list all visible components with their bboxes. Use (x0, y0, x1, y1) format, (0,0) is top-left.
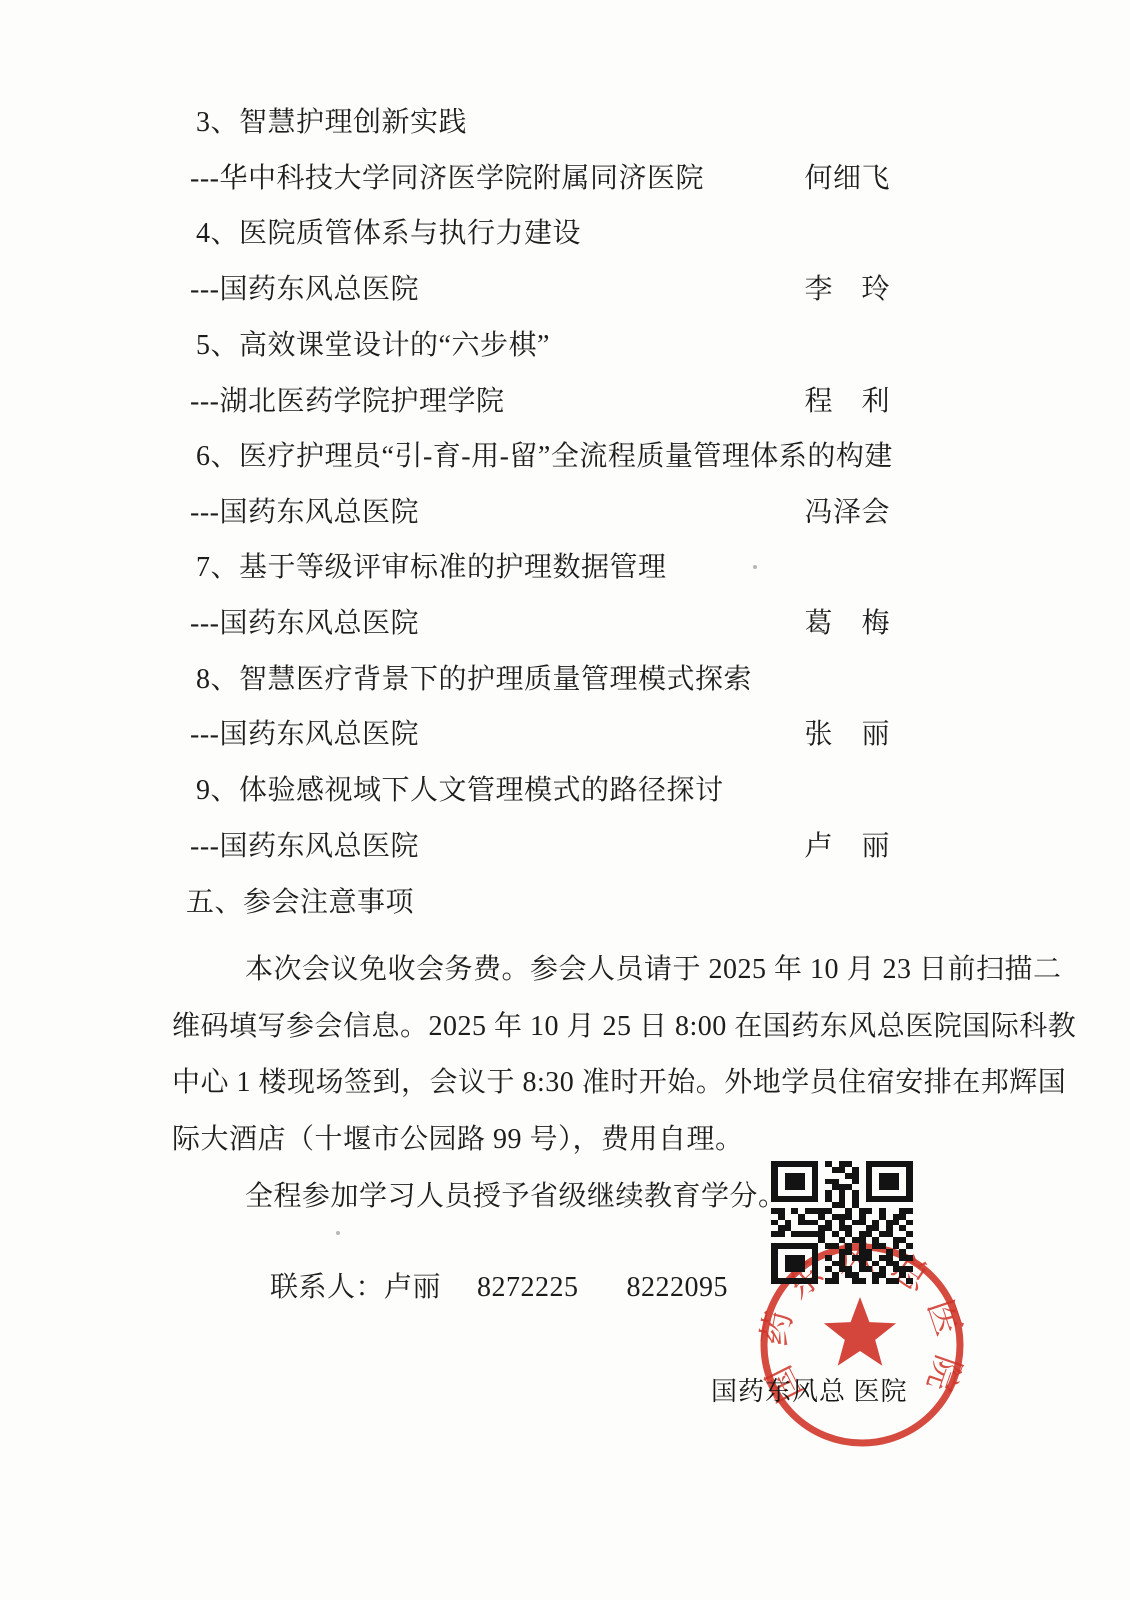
item-title-text: 基于等级评审标准的护理数据管理 (239, 552, 667, 583)
program-item-title: 8、智慧医疗背景下的护理质量管理模式探索 (196, 663, 752, 697)
section-heading: 五、参会注意事项 (186, 886, 414, 920)
notice-paragraph-line: 本次会议免收会务费。参会人员请于 2025 年 10 月 23 日前扫描二 (245, 953, 1062, 987)
qr-code (771, 1161, 913, 1284)
item-title-text: 医院质管体系与执行力建设 (239, 218, 581, 249)
item-title-text: 智慧医疗背景下的护理质量管理模式探索 (239, 664, 752, 695)
item-number: 8、 (196, 664, 239, 695)
item-title-text: 智慧护理创新实践 (239, 107, 467, 138)
item-number: 3、 (196, 107, 239, 138)
scanned-document-page: 3、智慧护理创新实践 ---华中科技大学同济医学院附属同济医院何细飞 4、医院质… (0, 0, 1130, 1600)
notice-paragraph-line: 维码填写参会信息。2025 年 10 月 25 日 8:00 在国药东风总医院国… (172, 1010, 1076, 1044)
affiliation-text: ---国药东风总医院 (190, 273, 419, 307)
program-item-affiliation-row: ---国药东风总医院李 玲 (190, 273, 890, 307)
affiliation-text: ---湖北医药学院护理学院 (190, 385, 504, 419)
item-title-text: 高效课堂设计的“六步棋” (239, 330, 550, 361)
program-item-affiliation-row: ---国药东风总医院冯泽会 (190, 496, 890, 530)
item-number: 4、 (196, 218, 239, 249)
program-item-title: 7、基于等级评审标准的护理数据管理 (196, 551, 667, 585)
speaker-name: 葛 梅 (804, 607, 890, 641)
contact-line: 联系人：卢丽82722258222095 (240, 1237, 728, 1339)
notice-paragraph-line: 际大酒店（十堰市公园路 99 号），费用自理。 (172, 1123, 744, 1157)
credit-line: 全程参加学习人员授予省级继续教育学分。 (245, 1180, 787, 1214)
contact-label: 联系人：卢丽 (270, 1272, 441, 1303)
program-item-title: 4、医院质管体系与执行力建设 (196, 217, 581, 251)
notice-paragraph-line: 中心 1 楼现场签到，会议于 8:30 准时开始。外地学员住宿安排在邦辉国 (172, 1066, 1066, 1100)
item-number: 7、 (196, 552, 239, 583)
speaker-name: 卢 丽 (804, 830, 890, 864)
program-item-affiliation-row: ---国药东风总医院卢 丽 (190, 830, 890, 864)
contact-phone-1: 8272225 (477, 1272, 579, 1303)
affiliation-text: ---国药东风总医院 (190, 830, 419, 864)
program-item-title: 3、智慧护理创新实践 (196, 106, 467, 140)
affiliation-text: ---华中科技大学同济医学院附属同济医院 (190, 162, 704, 196)
item-number: 9、 (196, 775, 239, 806)
seal-star (824, 1297, 896, 1366)
speaker-name: 程 利 (804, 385, 890, 419)
program-item-title: 9、体验感视域下人文管理模式的路径探讨 (196, 774, 724, 808)
contact-phone-2: 8222095 (627, 1272, 729, 1303)
program-item-affiliation-row: ---湖北医药学院护理学院程 利 (190, 385, 890, 419)
program-item-affiliation-row: ---国药东风总医院葛 梅 (190, 607, 890, 641)
program-item-affiliation-row: ---国药东风总医院张 丽 (190, 718, 890, 752)
affiliation-text: ---国药东风总医院 (190, 496, 419, 530)
item-number: 6、 (196, 441, 239, 472)
affiliation-text: ---国药东风总医院 (190, 607, 419, 641)
speaker-name: 何细飞 (804, 162, 890, 196)
scan-speck (753, 565, 757, 569)
speaker-name: 冯泽会 (804, 496, 890, 530)
item-title-text: 医疗护理员“引-育-用-留”全流程质量管理体系的构建 (239, 441, 893, 472)
scan-speck (336, 1231, 340, 1235)
program-item-title: 6、医疗护理员“引-育-用-留”全流程质量管理体系的构建 (196, 440, 893, 474)
item-title-text: 体验感视域下人文管理模式的路径探讨 (239, 775, 724, 806)
speaker-name: 张 丽 (804, 718, 890, 752)
program-item-affiliation-row: ---华中科技大学同济医学院附属同济医院何细飞 (190, 162, 890, 196)
item-number: 5、 (196, 330, 239, 361)
speaker-name: 李 玲 (804, 273, 890, 307)
program-item-title: 5、高效课堂设计的“六步棋” (196, 329, 550, 363)
seal-caption: 国药东风总 医院 (711, 1371, 908, 1408)
affiliation-text: ---国药东风总医院 (190, 718, 419, 752)
